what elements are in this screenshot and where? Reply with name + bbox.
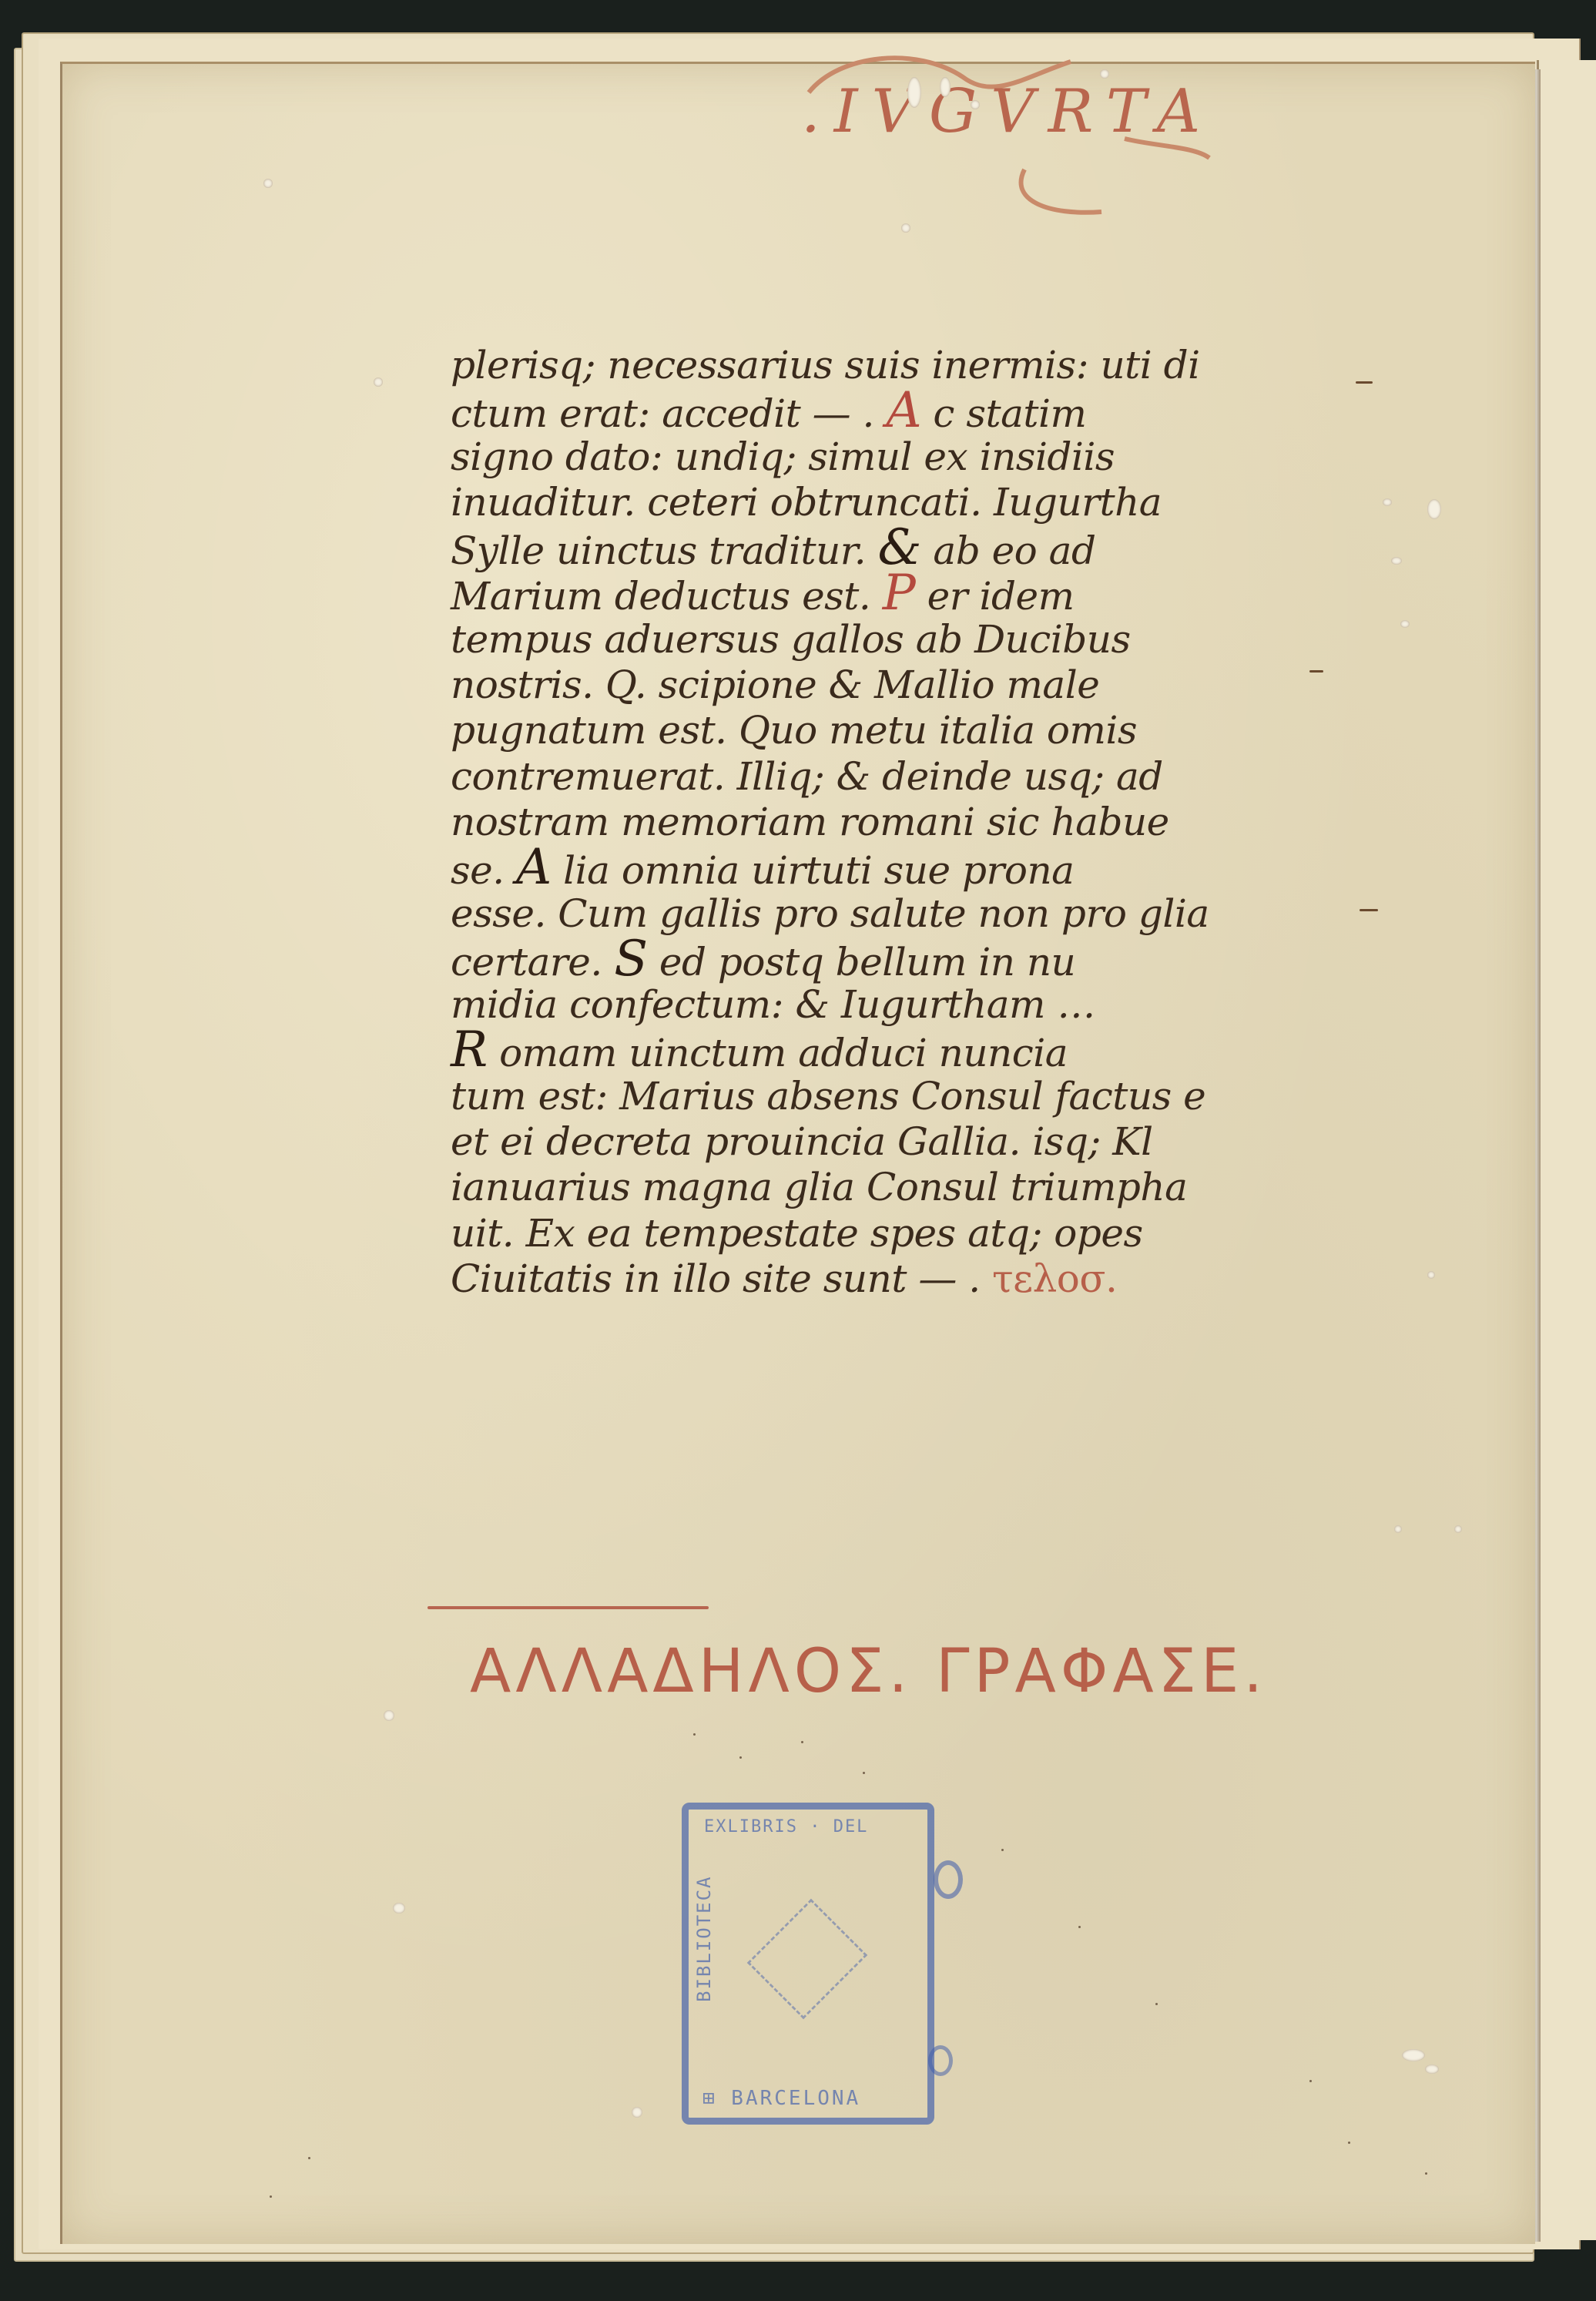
black-initial: A: [516, 839, 552, 896]
foxing-dot: [1001, 1849, 1004, 1851]
foxing-dot: [1425, 2172, 1427, 2175]
rubric-initial: A: [886, 382, 921, 439]
text-line-13: esse. Cum gallis pro salute non pro glia: [451, 891, 1352, 937]
line-text: esse. Cum gallis pro salute non pro glia: [451, 891, 1209, 936]
line-text: Sylle uinctus traditur.: [451, 528, 878, 573]
foxing-dot: [1348, 2142, 1350, 2144]
wormhole: [1100, 69, 1109, 79]
text-line-14: certare. S ed postq bellum in nu: [451, 937, 1352, 982]
line-continuation: er idem: [915, 574, 1074, 619]
wormhole: [1425, 2065, 1439, 2074]
text-line-3: signo dato: undiq; simul ex insidiis: [451, 434, 1352, 480]
wormhole: [907, 77, 921, 108]
line-continuation: ed postq bellum in nu: [648, 940, 1076, 984]
line-text: contremuerat. Illiq; & deinde usq; ad: [451, 754, 1163, 799]
line-text: Ciuitatis in illo site sunt — .: [451, 1256, 992, 1301]
line-text: nostris. Q. scipione & Mallio male: [451, 662, 1099, 707]
stamp-clasp-ring-icon: [934, 1860, 963, 1899]
margin-pen-stroke: [1356, 381, 1373, 384]
text-line-10: contremuerat. Illiq; & deinde usq; ad: [451, 754, 1352, 800]
line-text: pugnatum est. Quo metu italia omis: [451, 708, 1137, 753]
line-continuation: c statim: [921, 391, 1086, 436]
adjacent-page-edge: [1537, 60, 1596, 2240]
wormhole: [1427, 1271, 1435, 1279]
greek-colophon: ΑΛΛΑΔΗΛΟΣ. ΓΡΑΦΑΣΕ.: [470, 1637, 1267, 1706]
text-line-9: pugnatum est. Quo metu italia omis: [451, 708, 1352, 753]
rubric-initial: P: [883, 565, 916, 622]
line-text: signo dato: undiq; simul ex insidiis: [451, 434, 1115, 479]
line-continuation: lia omnia uirtuti sue prona: [552, 848, 1075, 893]
wormhole: [1402, 2049, 1425, 2061]
stamp-top-text: EXLIBRIS · DEL: [704, 1817, 868, 1836]
line-continuation: omam uinctum adduci nuncia: [488, 1031, 1068, 1075]
text-line-12: se. A lia omnia uirtuti sue prona: [451, 845, 1352, 891]
main-text-block: plerisq; necessarius suis inermis: uti d…: [451, 343, 1352, 1302]
foxing-dot: [1078, 1926, 1081, 1928]
black-initial: S: [614, 931, 647, 988]
line-text: midia confectum: & Iugurtham …: [451, 982, 1095, 1027]
wormhole: [1383, 498, 1392, 506]
line-text: plerisq; necessarius suis inermis: uti d…: [451, 343, 1200, 387]
line-text: tum est: Marius absens Consul factus e: [451, 1074, 1205, 1119]
text-line-18: et ei decreta prouincia Gallia. isq; Kl: [451, 1119, 1352, 1165]
line-text: nostram memoriam romani sic habue: [451, 800, 1169, 844]
line-continuation: ab eo ad: [921, 528, 1096, 573]
line-text: Marium deductus est.: [451, 574, 883, 619]
text-line-20: uit. Ex ea tempestate spes atq; opes: [451, 1211, 1352, 1256]
text-line-21: Ciuitatis in illo site sunt — . τελοσ.: [451, 1256, 1352, 1302]
wormhole: [971, 100, 980, 109]
foxing-dot: [693, 1733, 696, 1736]
margin-pen-stroke: [1309, 670, 1323, 673]
wormhole: [632, 2107, 642, 2118]
text-line-16: R omam uinctum adduci nuncia: [451, 1028, 1352, 1073]
wormhole: [1427, 499, 1441, 519]
telos-rubric: τελοσ.: [992, 1256, 1117, 1301]
wormhole: [940, 77, 951, 97]
foxing-dot: [1155, 2003, 1158, 2005]
line-text: et ei decreta prouincia Gallia. isq; Kl: [451, 1119, 1153, 1164]
margin-pen-stroke: [1360, 909, 1378, 911]
foxing-dot: [801, 1741, 803, 1743]
colophon-rule: [427, 1606, 709, 1609]
wormhole: [374, 377, 383, 387]
line-text: uit. Ex ea tempestate spes atq; opes: [451, 1211, 1143, 1256]
text-line-17: tum est: Marius absens Consul factus e: [451, 1074, 1352, 1119]
foxing-dot: [270, 2195, 272, 2198]
line-text: ctum erat: accedit — .: [451, 391, 886, 436]
stamp-bottom-text: ⊞ BARCELONA: [702, 2087, 860, 2110]
text-line-8: nostris. Q. scipione & Mallio male: [451, 662, 1352, 708]
foxing-dot: [739, 1756, 742, 1759]
stamp-side-text: BIBLIOTECA: [693, 1876, 715, 2003]
wormhole: [393, 1903, 405, 1914]
text-line-7: tempus aduersus gallos ab Ducibus: [451, 617, 1352, 662]
running-title: .IVGVRTA: [801, 77, 1214, 146]
line-text: certare.: [451, 940, 614, 984]
wormhole: [1454, 1525, 1462, 1533]
wormhole: [901, 223, 910, 233]
wormhole: [1391, 557, 1402, 565]
library-stamp: EXLIBRIS · DEL BIBLIOTECA ⊞ BARCELONA: [682, 1803, 934, 2125]
text-line-2: ctum erat: accedit — . A c statim: [451, 388, 1352, 434]
line-text: ianuarius magna glia Consul triumpha: [451, 1165, 1187, 1209]
text-line-6: Marium deductus est. P er idem: [451, 571, 1352, 616]
text-line-11: nostram memoriam romani sic habue: [451, 800, 1352, 845]
wormhole: [384, 1710, 394, 1721]
text-line-15: midia confectum: & Iugurtham …: [451, 982, 1352, 1028]
wormhole: [1394, 1525, 1402, 1533]
line-text: se.: [451, 848, 516, 893]
foxing-dot: [308, 2157, 310, 2159]
foxing-dot: [863, 1772, 865, 1774]
line-text: inuaditur. ceteri obtruncati. Iugurtha: [451, 480, 1162, 525]
line-text: tempus aduersus gallos ab Ducibus: [451, 617, 1131, 662]
black-initial: R: [451, 1021, 488, 1078]
stamp-emblem-icon: [747, 1899, 867, 2019]
foxing-dot: [1309, 2080, 1312, 2082]
wormhole: [1400, 620, 1410, 628]
stamp-clasp-ring-icon: [928, 2045, 953, 2076]
text-line-19: ianuarius magna glia Consul triumpha: [451, 1165, 1352, 1210]
wormhole: [263, 179, 273, 188]
